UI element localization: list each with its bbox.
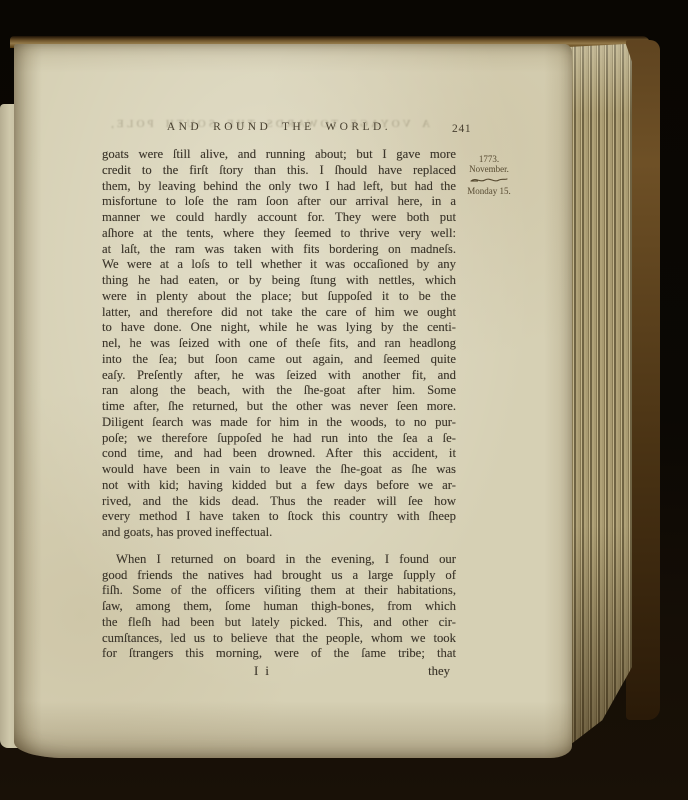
text-line: were in plenty about the place; but ſupp… bbox=[102, 289, 456, 305]
text-line: rived, and the kids dead. Thus the reade… bbox=[102, 494, 456, 510]
text-line: would have been in vain to leave the ſhe… bbox=[102, 462, 456, 478]
text-line: misfortune to loſe the ram ſoon after ou… bbox=[102, 194, 456, 210]
paragraph-break bbox=[102, 541, 456, 552]
text-line: thing he had eaten, or by being ſtung wi… bbox=[102, 273, 456, 289]
book-photograph: A VOYAGE TOWARDS THE SOUTH POLE, AND ROU… bbox=[0, 0, 688, 800]
text-line: into the ſea; but ſoon came out again, a… bbox=[102, 352, 456, 368]
signature-mark: I i bbox=[254, 664, 271, 680]
text-line: When I returned on board in the evening,… bbox=[102, 552, 456, 568]
text-line: Diligent ſearch was made for him in the … bbox=[102, 415, 456, 431]
text-line: latter, and therefore did not take the c… bbox=[102, 305, 456, 321]
text-line: aſhore at the tents, where they ſeemed t… bbox=[102, 226, 456, 242]
page-fore-edge-stack bbox=[570, 44, 632, 752]
margin-note-day: Monday 15. bbox=[452, 186, 526, 196]
page-header: AND ROUND THE WORLD. 241 bbox=[14, 121, 572, 139]
text-line: credit to the firſt ſtory than this. I ſ… bbox=[102, 163, 456, 179]
flourish-rule-icon bbox=[470, 176, 508, 184]
text-line: We were at a loſs to tell whether it was… bbox=[102, 257, 456, 273]
text-line: eaſy. Preſently after, he was ſeized wit… bbox=[102, 368, 456, 384]
text-line: not with kid; having kidded but a few da… bbox=[102, 478, 456, 494]
text-line: good friends the natives had brought us … bbox=[102, 568, 456, 584]
text-line: for ſtrangers this morning, were of the … bbox=[102, 646, 456, 662]
footer-line: I i they bbox=[102, 664, 456, 680]
text-line: every method I have taken to ſtock this … bbox=[102, 509, 456, 525]
text-line: the fleſh had been but lately picked. Th… bbox=[102, 615, 456, 631]
text-line: at laſt, the ram was taken with fits bor… bbox=[102, 242, 456, 258]
text-line: fiſh. Some of the officers viſiting them… bbox=[102, 583, 456, 599]
text-line: and goats, has proved ineffectual. bbox=[102, 525, 456, 541]
text-line: time after, ſhe returned, but the other … bbox=[102, 399, 456, 415]
margin-note-year: 1773. bbox=[452, 154, 526, 164]
text-line: to have done. One night, while he was ly… bbox=[102, 320, 456, 336]
page-number: 241 bbox=[452, 123, 471, 135]
margin-note-month: November. bbox=[452, 164, 526, 174]
text-line: nel, he was ſeized with one of theſe fit… bbox=[102, 336, 456, 352]
text-line: cond time, and had been drowned. After t… bbox=[102, 446, 456, 462]
catchword: they bbox=[428, 664, 450, 680]
text-line: cumſtances, led us to believe that the p… bbox=[102, 631, 456, 647]
text-line: them, by leaving behind the only two I h… bbox=[102, 179, 456, 195]
text-line: ran along the beach, with the ſhe-goat a… bbox=[102, 383, 456, 399]
body-text: goats were ſtill alive, and running abou… bbox=[102, 147, 456, 680]
text-line: goats were ſtill alive, and running abou… bbox=[102, 147, 456, 163]
book-page: A VOYAGE TOWARDS THE SOUTH POLE, AND ROU… bbox=[14, 44, 572, 758]
text-line: ſaw, among them, ſome human thigh-bones,… bbox=[102, 599, 456, 615]
margin-notes: 1773. November. Monday 15. bbox=[452, 154, 526, 196]
text-line: poſe; we therefore ſuppoſed he had run i… bbox=[102, 431, 456, 447]
running-title: AND ROUND THE WORLD. bbox=[102, 121, 456, 133]
text-line: manner we could hardly account for. They… bbox=[102, 210, 456, 226]
